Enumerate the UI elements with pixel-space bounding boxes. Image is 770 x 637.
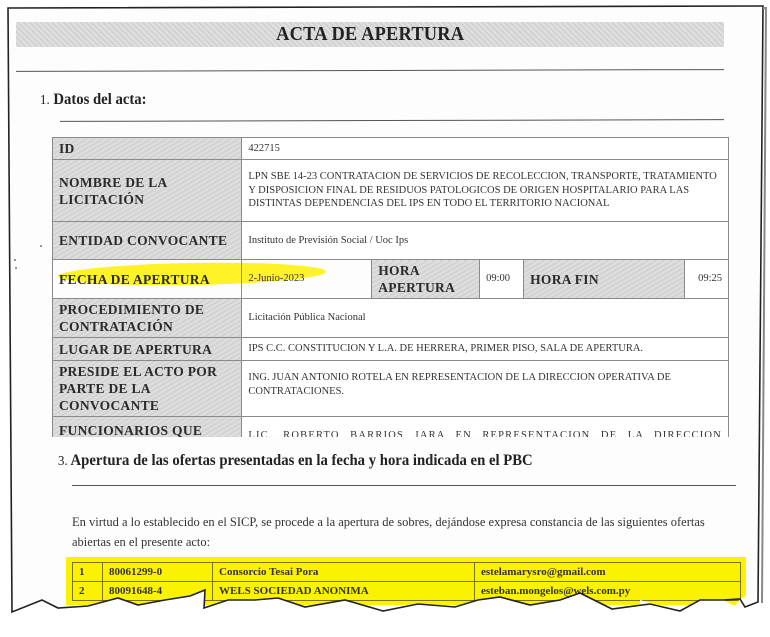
oferta-email: esteban.mongelos@wels.com.py (475, 582, 741, 601)
oferta-name: WELS SOCIEDAD ANONIMA (213, 582, 475, 601)
value-hora-fin: 09:25 (684, 260, 728, 299)
intro-paragraph: En virtud a lo establecido en el SICP, s… (72, 512, 732, 552)
row-procedimiento: PROCEDIMIENTO DE CONTRATACIÓN Licitación… (53, 299, 729, 338)
row-preside: PRESIDE EL ACTO POR PARTE DE LA CONVOCAN… (53, 361, 729, 417)
value-preside: ING. JUAN ANTONIO ROTELA EN REPRESENTACI… (242, 361, 729, 417)
label-fecha: FECHA DE APERTURA (53, 260, 242, 299)
oferta-number: 2 (73, 582, 103, 601)
value-lugar: IPS C.C. CONSTITUCION Y L.A. DE HERRERA,… (242, 338, 729, 361)
divider (72, 485, 736, 486)
datos-table: ID 422715 NOMBRE DE LA LICITACIÓN LPN SB… (52, 137, 729, 437)
section-1-heading: 1. Datos del acta: (40, 91, 147, 109)
oferta-name: Consorcio Tesai Pora (213, 563, 475, 582)
oferta-row: 1 80061299-0 Consorcio Tesai Pora estela… (73, 563, 741, 582)
label-preside: PRESIDE EL ACTO POR PARTE DE LA CONVOCAN… (53, 361, 242, 417)
value-funcionarios: LIC. ROBERTO BARRIOS JARA EN REPRESENTAC… (242, 417, 729, 438)
oferta-email: estelamarysro@gmail.com (475, 563, 741, 582)
datos-table-clip: ID 422715 NOMBRE DE LA LICITACIÓN LPN SB… (52, 137, 732, 437)
value-nombre: LPN SBE 14-23 CONTRATACION DE SERVICIOS … (242, 160, 729, 222)
oferta-ruc: 80061299-0 (103, 563, 213, 582)
label-hora-apertura: HORA APERTURA (372, 260, 480, 299)
document-title-bar: ACTA DE APERTURA (16, 22, 724, 47)
label-nombre: NOMBRE DE LA LICITACIÓN (53, 160, 242, 222)
oferta-ruc: 80091648-4 (103, 582, 213, 601)
row-lugar: LUGAR DE APERTURA IPS C.C. CONSTITUCION … (53, 338, 729, 361)
value-procedimiento: Licitación Pública Nacional (242, 299, 729, 338)
label-hora-fin: HORA FIN (524, 260, 685, 299)
row-funcionarios: FUNCIONARIOS QUE PARTICIPAN DEL LIC. ROB… (53, 417, 729, 438)
row-nombre: NOMBRE DE LA LICITACIÓN LPN SBE 14-23 CO… (53, 160, 729, 222)
ofertas-table: 1 80061299-0 Consorcio Tesai Pora estela… (72, 562, 741, 601)
label-id: ID (53, 138, 242, 160)
label-procedimiento: PROCEDIMIENTO DE CONTRATACIÓN (53, 299, 242, 338)
label-lugar: LUGAR DE APERTURA (53, 338, 242, 361)
value-entidad: Instituto de Previsión Social / Uoc Ips (242, 222, 729, 260)
label-funcionarios: FUNCIONARIOS QUE PARTICIPAN DEL (53, 417, 242, 438)
row-id: ID 422715 (53, 138, 729, 160)
label-entidad: ENTIDAD CONVOCANTE (53, 222, 242, 260)
value-fecha: 2-Junio-2023 (242, 260, 372, 299)
value-id: 422715 (242, 138, 729, 160)
row-fecha: FECHA DE APERTURA 2-Junio-2023 HORA APER… (53, 260, 729, 299)
scan-specks (12, 245, 52, 275)
row-entidad: ENTIDAD CONVOCANTE Instituto de Previsió… (53, 222, 729, 260)
section-3-heading: 3. Apertura de las ofertas presentadas e… (58, 452, 533, 470)
oferta-number: 1 (73, 563, 103, 582)
document-title: ACTA DE APERTURA (276, 22, 464, 47)
value-hora-apertura: 09:00 (480, 260, 524, 299)
oferta-row: 2 80091648-4 WELS SOCIEDAD ANONIMA esteb… (73, 582, 741, 601)
